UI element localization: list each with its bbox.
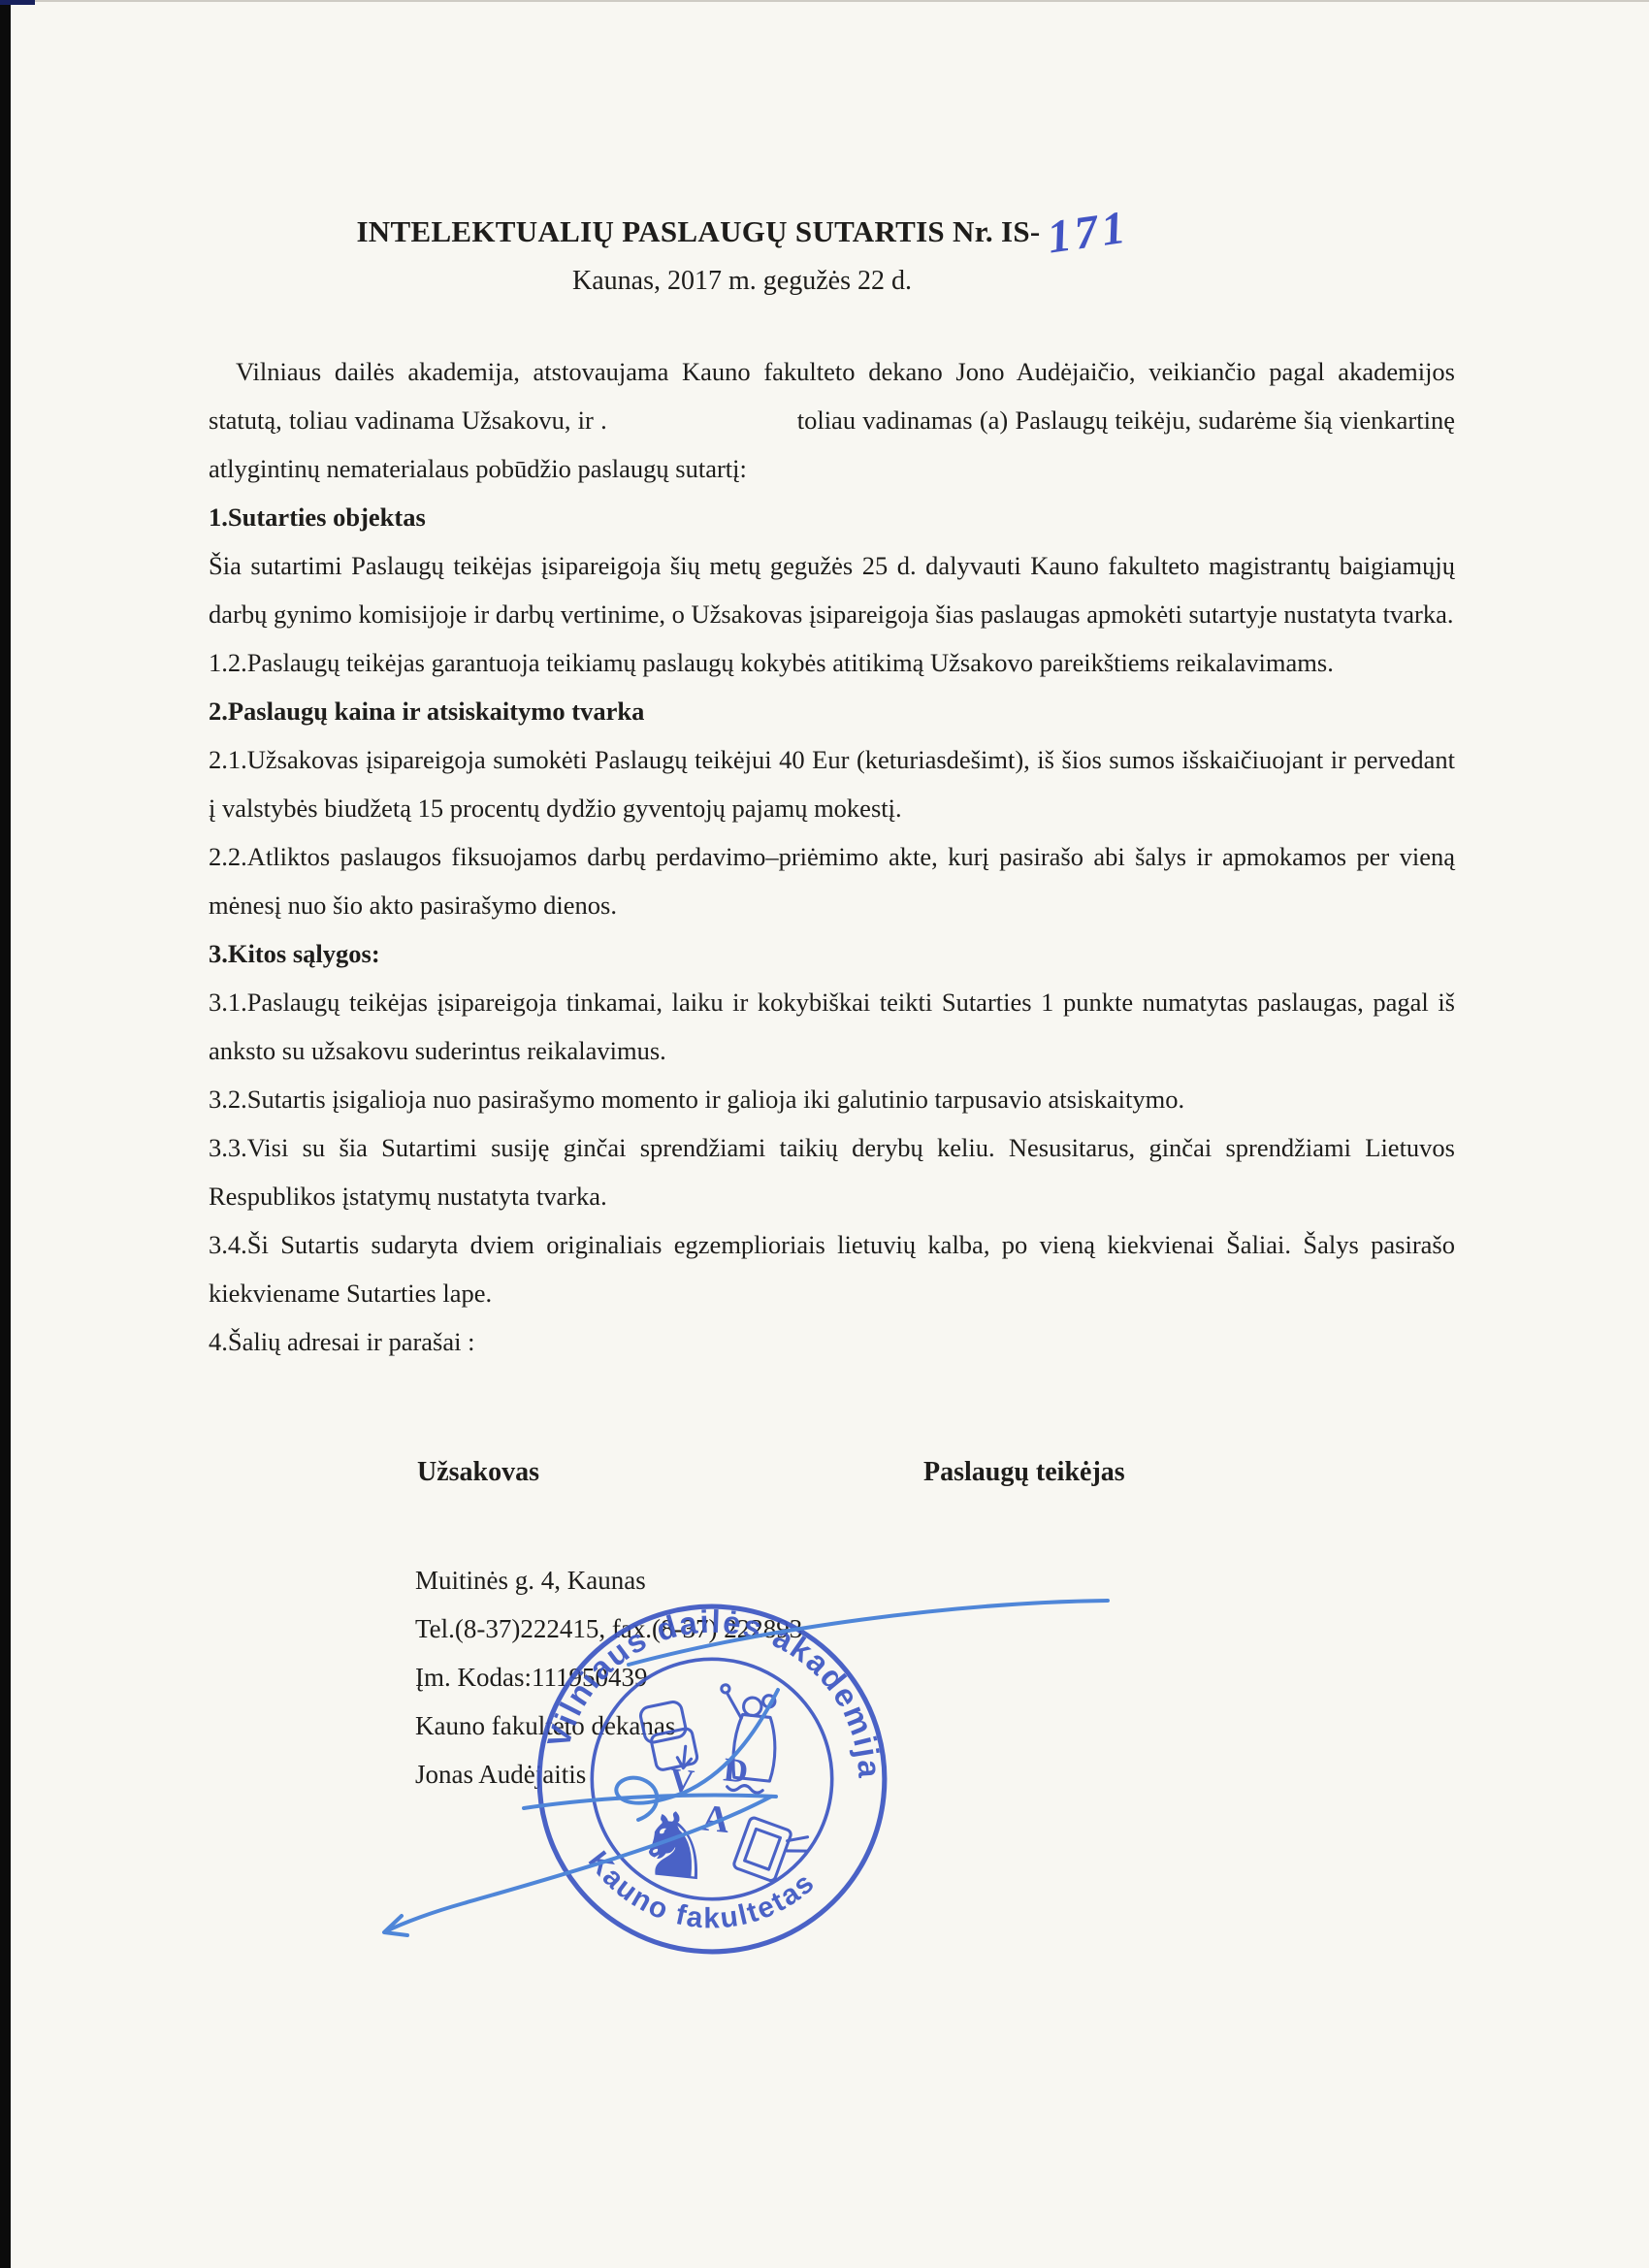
section-3-heading: 3.Kitos sąlygos:	[209, 929, 1455, 978]
client-label: Užsakovas	[417, 1457, 539, 1488]
stamp-art: Vilniaus dailės akademija Kauno fakultet…	[533, 1601, 890, 1958]
clause-3-2: 3.2.Sutartis įsigalioja nuo pasirašymo m…	[209, 1075, 1455, 1123]
contract-date: Kaunas, 2017 m. gegužės 22 d.	[0, 266, 1484, 297]
stamp-ring-top-text: Vilniaus dailės akademija	[539, 1601, 890, 1784]
signature-path	[384, 1916, 407, 1935]
clause-1-2: 1.2.Paslaugų teikėjas garantuoja teikiam…	[209, 638, 1455, 687]
provider-label: Paslaugų teikėjas	[923, 1457, 1125, 1488]
official-stamp: Vilniaus dailės akademija Kauno fakultet…	[533, 1601, 890, 1958]
stamp-letter-d: D	[722, 1750, 750, 1790]
clause-2-1: 2.1.Užsakovas įsipareigoja sumokėti Pasl…	[209, 735, 1455, 832]
contract-page: INTELEKTUALIŲ PASLAUGŲ SUTARTIS Nr. IS-1…	[0, 0, 1649, 2268]
section-4-line: 4.Šalių adresai ir parašai :	[209, 1317, 1455, 1366]
clause-2-2: 2.2.Atliktos paslaugos fiksuojamos darbų…	[209, 832, 1455, 929]
clause-3-1: 3.1.Paslaugų teikėjas įsipareigoja tinka…	[209, 978, 1455, 1075]
contract-body: Vilniaus dailės akademija, atstovaujama …	[209, 347, 1455, 1366]
contract-title-text: INTELEKTUALIŲ PASLAUGŲ SUTARTIS Nr. IS-	[356, 214, 1040, 248]
section-1-heading: 1.Sutarties objektas	[209, 493, 1455, 541]
contract-title: INTELEKTUALIŲ PASLAUGŲ SUTARTIS Nr. IS-1…	[0, 200, 1484, 253]
clause-1-body: Šia sutartimi Paslaugų teikėjas įsiparei…	[209, 541, 1455, 638]
clause-3-4: 3.4.Ši Sutartis sudaryta dviem originali…	[209, 1220, 1455, 1317]
stamp-letter-a: A	[700, 1797, 731, 1841]
address-street: Muitinės g. 4, Kaunas	[415, 1556, 802, 1604]
clause-3-3: 3.3.Visi su šia Sutartimi susiję ginčai …	[209, 1123, 1455, 1220]
handwritten-contract-number: 171	[1044, 200, 1132, 264]
scan-edge-strip	[0, 0, 11, 2268]
scan-edge-mark	[0, 0, 35, 5]
intro-paragraph: Vilniaus dailės akademija, atstovaujama …	[209, 347, 1455, 493]
section-2-heading: 2.Paslaugų kaina ir atsiskaitymo tvarka	[209, 687, 1455, 735]
